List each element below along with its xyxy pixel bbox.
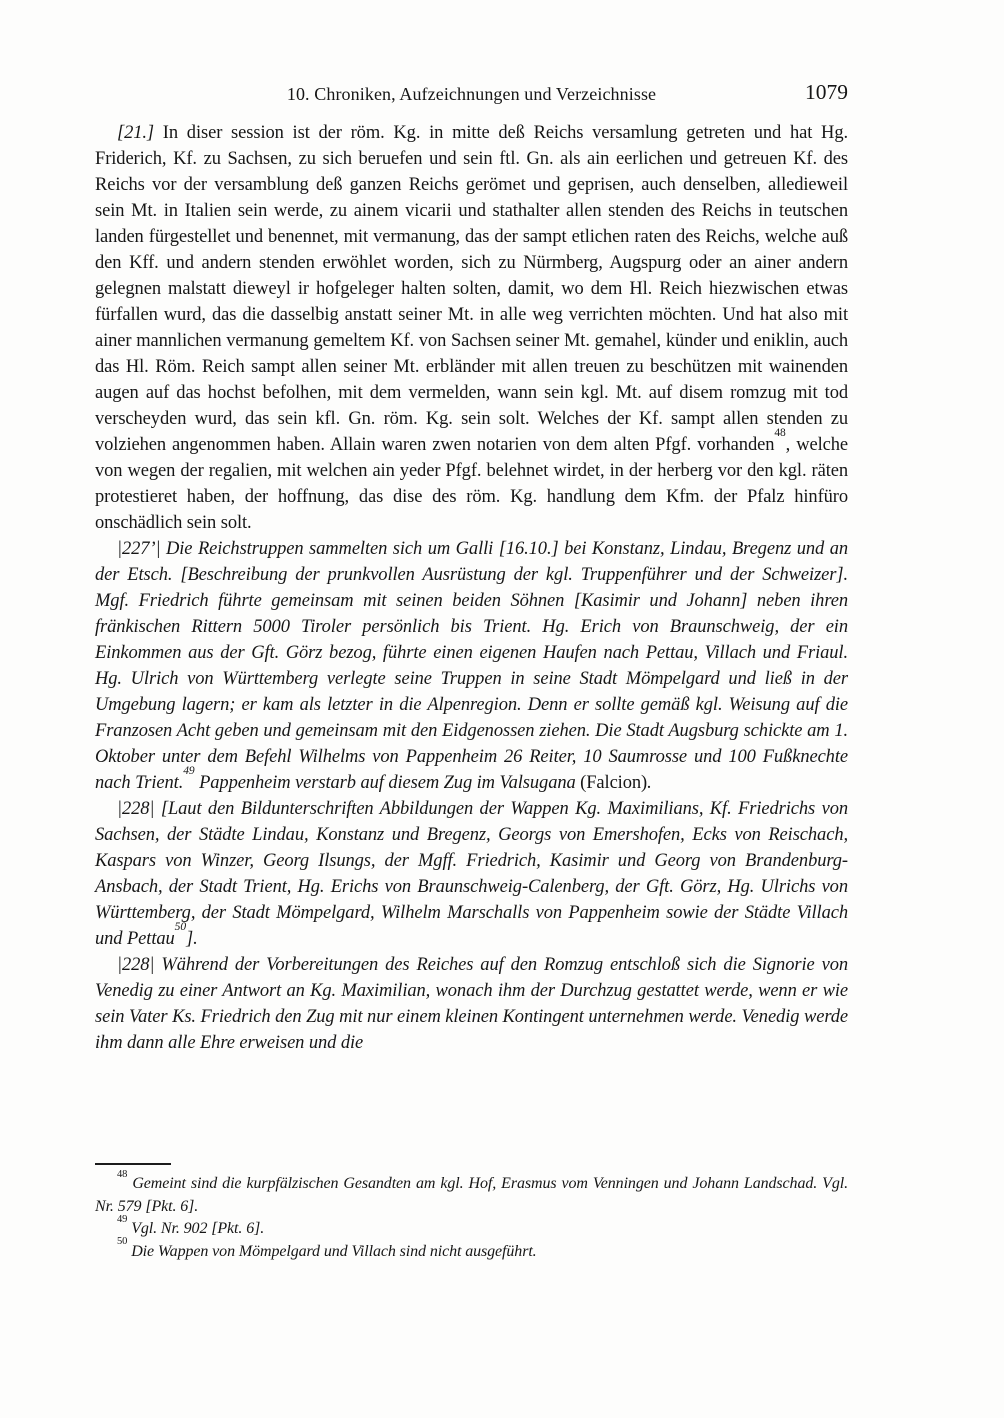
roman-insert: (Falcion) (580, 773, 647, 793)
running-header: 10. Chroniken, Aufzeichnungen und Verzei… (95, 82, 848, 108)
footnote-49: 49 Vgl. Nr. 902 [Pkt. 6]. (95, 1218, 848, 1241)
page-number: 1079 (805, 79, 848, 105)
paragraph-text: |227’| Die Reichstruppen sammelten sich … (95, 539, 848, 793)
footnote-text: Gemeint sind die kurpfälzischen Gesandte… (95, 1175, 848, 1215)
footnote-ref-49: 49 (183, 765, 194, 777)
footnote-48: 48 Gemeint sind die kurpfälzischen Gesan… (95, 1173, 848, 1218)
paragraph-text: |228| Während der Vorbereitungen des Rei… (95, 955, 848, 1053)
main-text: [21.] In diser session ist der röm. Kg. … (95, 120, 848, 1056)
footnote-text: Vgl. Nr. 902 [Pkt. 6]. (127, 1220, 264, 1237)
footnote-area: 48 Gemeint sind die kurpfälzischen Gesan… (95, 1157, 848, 1263)
section-title: 10. Chroniken, Aufzeichnungen und Verzei… (95, 82, 848, 106)
paragraph-text: Pappenheim verstarb auf diesem Zug im Va… (195, 773, 581, 793)
paragraph-227v: |227’| Die Reichstruppen sammelten sich … (95, 536, 848, 796)
paragraph-text: ]. (186, 929, 198, 949)
paragraph-228-captions: |228| [Laut den Bildunterschriften Abbil… (95, 796, 848, 952)
entry-marker: [21.] (117, 123, 154, 143)
paragraph-text: In diser session ist der röm. Kg. in mit… (95, 123, 848, 455)
footnote-marker-49: 49 (117, 1214, 127, 1225)
footnote-ref-50: 50 (175, 921, 186, 933)
footnote-marker-50: 50 (117, 1236, 127, 1247)
paragraph-228-venedig: |228| Während der Vorbereitungen des Rei… (95, 952, 848, 1056)
paragraph-text: |228| [Laut den Bildunterschriften Abbil… (95, 799, 848, 949)
footnote-ref-48: 48 (774, 427, 785, 439)
footnote-marker-48: 48 (117, 1169, 127, 1180)
footnote-separator-rule (95, 1163, 171, 1165)
paragraph-text: . (647, 773, 652, 793)
book-page: 10. Chroniken, Aufzeichnungen und Verzei… (0, 0, 1004, 1418)
footnote-text: Die Wappen von Mömpelgard und Villach si… (127, 1243, 536, 1260)
paragraph-21: [21.] In diser session ist der röm. Kg. … (95, 120, 848, 536)
footnote-50: 50 Die Wappen von Mömpelgard und Villach… (95, 1241, 848, 1264)
